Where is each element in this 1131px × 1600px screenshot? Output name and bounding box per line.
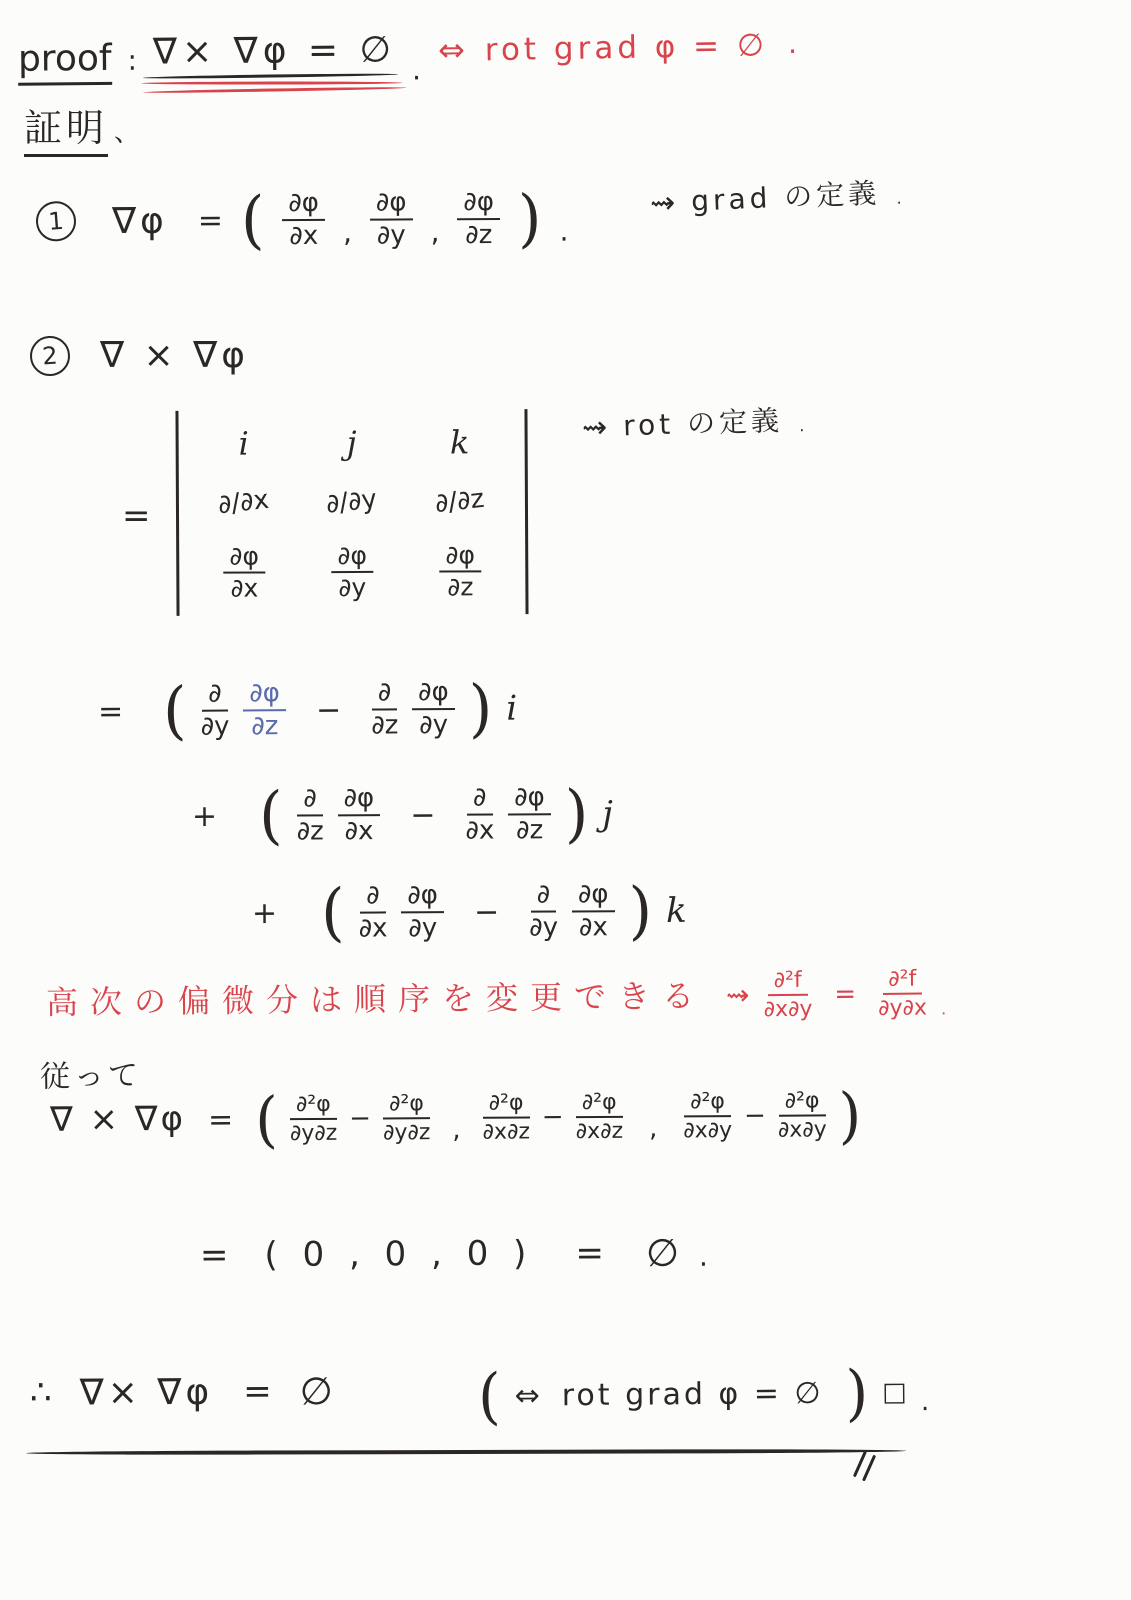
period: . bbox=[921, 1388, 930, 1417]
expansion-line-i: = ( ∂∂y ∂φ∂z − ∂∂z ∂φ∂y ) i bbox=[98, 679, 518, 743]
partial-y-operator: ∂/∂y bbox=[325, 485, 379, 519]
fraction-numerator: ∂φ bbox=[439, 542, 481, 572]
minus-sign: − bbox=[349, 1104, 371, 1133]
fraction-numerator: ∂²φ bbox=[576, 1091, 623, 1118]
fraction-numerator: ∂φ bbox=[401, 882, 444, 914]
step1-close-paren: ) bbox=[518, 191, 542, 248]
equivalence-arrow: ⇔ bbox=[438, 33, 465, 69]
fraction-dphi-dx: ∂φ∂x bbox=[337, 785, 380, 846]
fraction-numerator: ∂φ bbox=[223, 543, 265, 573]
fraction-numerator: ∂φ bbox=[457, 189, 500, 221]
final-lhs: ∇ × ∇φ bbox=[50, 1101, 186, 1139]
close-paren: ) bbox=[565, 786, 589, 843]
open-paren: ( bbox=[478, 1368, 501, 1423]
zero-symbol: ∅ bbox=[300, 1371, 333, 1413]
rot-definition-text: rot の定義 bbox=[623, 406, 784, 442]
conclusion-lhs: ∇× ∇φ bbox=[80, 1373, 214, 1413]
fraction-d2f-dydx: ∂²f∂y∂x bbox=[878, 967, 927, 1020]
fraction-denominator: ∂z bbox=[371, 711, 398, 740]
open-paren: ( bbox=[259, 788, 283, 845]
zero-symbol: ∅ bbox=[646, 1233, 679, 1275]
fraction-denominator: ∂x bbox=[465, 816, 494, 845]
unit-vector-i: i bbox=[506, 689, 517, 729]
fraction-d2phi-dxdy: ∂²φ∂x∂y bbox=[778, 1089, 827, 1142]
step1-number: 1 bbox=[47, 207, 64, 236]
close-paren: ) bbox=[628, 883, 652, 940]
expansion-line-k: + ( ∂∂x ∂φ∂y − ∂∂y ∂φ∂x ) k bbox=[252, 881, 687, 944]
fraction-denominator: ∂z bbox=[447, 572, 473, 600]
step2-number: 2 bbox=[41, 342, 58, 371]
fraction-numerator: ∂²φ bbox=[684, 1090, 731, 1117]
comma: , bbox=[343, 218, 352, 249]
fraction-d-dx: ∂∂x bbox=[465, 785, 494, 846]
proof-colon: : bbox=[127, 46, 137, 77]
fraction-numerator: ∂ bbox=[202, 681, 228, 712]
rot-definition-note: ⇝ rot の定義 . bbox=[581, 404, 804, 445]
step2-expression: ∇ × ∇φ bbox=[100, 336, 249, 376]
fraction-denominator: ∂x bbox=[230, 573, 258, 601]
step2-number-circle: 2 bbox=[29, 335, 72, 378]
equals-sign: = bbox=[200, 1237, 229, 1275]
unit-vector-k: k bbox=[450, 423, 470, 461]
fraction-numerator: ∂φ bbox=[370, 189, 413, 221]
fraction-numerator: ∂φ bbox=[412, 679, 455, 711]
fraction-dphi-dz-blue: ∂φ∂z bbox=[243, 680, 286, 741]
note-period: . bbox=[799, 418, 805, 436]
partial-x-operator: ∂/∂x bbox=[217, 486, 271, 520]
grad-definition-text: grad の定義 bbox=[691, 179, 881, 218]
expansion-equals: = bbox=[98, 695, 123, 728]
fraction-denominator: ∂z bbox=[516, 816, 543, 845]
fraction-denominator: ∂x∂y bbox=[683, 1117, 732, 1142]
fraction-dphi-dx: ∂φ∂x bbox=[223, 543, 265, 602]
fraction-d2phi-dydz: ∂²φ∂y∂z bbox=[383, 1092, 431, 1145]
fraction-denominator: ∂y∂x bbox=[878, 995, 927, 1021]
minus-sign: − bbox=[744, 1102, 766, 1131]
partial-z-operator: ∂/∂z bbox=[434, 485, 486, 519]
step1-equals: = bbox=[198, 204, 223, 237]
fraction-denominator: ∂x bbox=[579, 913, 608, 942]
fraction-numerator: ∂²f bbox=[882, 968, 922, 996]
plus-sign: + bbox=[192, 800, 217, 833]
fraction-numerator: ∂φ bbox=[243, 680, 286, 712]
fraction-numerator: ∂φ bbox=[337, 785, 380, 817]
minus-sign: − bbox=[316, 694, 341, 727]
step1-period: . bbox=[559, 216, 568, 247]
fraction-dphi-dx: ∂φ∂x bbox=[282, 190, 325, 251]
final-equation-line: ∇ × ∇φ = ( ∂²φ∂y∂z − ∂²φ∂y∂z , ∂²φ∂x∂z −… bbox=[50, 1089, 862, 1147]
main-statement: ∇× ∇φ = ∅ bbox=[153, 30, 396, 72]
open-paren: ( bbox=[255, 1092, 278, 1147]
step1-open-paren: ( bbox=[241, 192, 265, 249]
unit-vector-j: j bbox=[602, 794, 613, 834]
determinant-equals: = bbox=[122, 498, 151, 535]
fraction-d2phi-dxdz: ∂²φ∂x∂z bbox=[575, 1091, 623, 1144]
fraction-numerator: ∂ bbox=[297, 785, 323, 816]
proof-heading-text: 証明 bbox=[24, 108, 108, 157]
mixed-partials-text-jp: 高次の偏微分は順序を変更できる bbox=[46, 978, 706, 1020]
squiggle-arrow-icon: ⇝ bbox=[649, 186, 676, 220]
comma: , bbox=[452, 1116, 460, 1145]
fraction-numerator: ∂²f bbox=[768, 969, 808, 997]
proof-label: proof bbox=[18, 38, 112, 85]
fraction-numerator: ∂φ bbox=[508, 784, 551, 816]
statement-underline bbox=[143, 72, 398, 79]
fraction-numerator: ∂ bbox=[531, 882, 557, 913]
conclusion-underline bbox=[26, 1449, 906, 1455]
fraction-numerator: ∂φ bbox=[282, 190, 325, 222]
fraction-denominator: ∂y bbox=[419, 710, 448, 739]
zero-vector-line: = ( 0 , 0 , 0 ) = ∅ . bbox=[200, 1233, 708, 1277]
fraction-denominator: ∂x∂y bbox=[763, 996, 812, 1022]
statement-period: . bbox=[412, 55, 421, 86]
fraction-d2phi-dxdz: ∂²φ∂x∂z bbox=[482, 1091, 530, 1144]
fraction-dphi-dz: ∂φ∂z bbox=[508, 784, 551, 845]
fraction-denominator: ∂z bbox=[465, 220, 492, 249]
fraction-denominator: ∂z bbox=[251, 712, 278, 741]
fraction-denominator: ∂x∂z bbox=[576, 1118, 624, 1143]
minus-sign: − bbox=[474, 896, 499, 929]
comma: , bbox=[649, 1114, 657, 1143]
fraction-denominator: ∂x bbox=[345, 816, 374, 845]
proof-heading-comma: 、 bbox=[114, 119, 140, 148]
red-equivalence-line: ⇔ rot grad φ = ∅ . bbox=[438, 27, 797, 68]
fraction-d-dy: ∂∂y bbox=[200, 681, 229, 742]
minus-sign: − bbox=[542, 1103, 564, 1132]
fraction-denominator: ∂y bbox=[201, 712, 230, 741]
fraction-numerator: ∂²φ bbox=[383, 1092, 430, 1119]
step2-line: 2 ∇ × ∇φ bbox=[30, 336, 249, 376]
close-paren: ) bbox=[838, 1088, 861, 1143]
therefore-label-jp: 従って bbox=[40, 1059, 143, 1094]
fraction-dphi-dy: ∂φ∂y bbox=[401, 882, 444, 943]
close-paren: ) bbox=[845, 1365, 868, 1420]
grad-definition-note: ⇝ grad の定義 . bbox=[649, 177, 902, 221]
fraction-d-dx: ∂∂x bbox=[358, 882, 387, 943]
fraction-numerator: ∂²φ bbox=[483, 1091, 530, 1118]
fraction-denominator: ∂x∂y bbox=[778, 1117, 827, 1142]
fraction-denominator: ∂y∂z bbox=[290, 1120, 338, 1145]
note-period: . bbox=[941, 1000, 946, 1018]
main-statement-wrap: ∇× ∇φ = ∅ bbox=[153, 30, 396, 90]
rot-determinant: i j k ∂/∂x ∂/∂y ∂/∂z ∂φ∂x ∂φ∂y ∂φ∂z bbox=[175, 409, 528, 616]
fraction-d2phi-dydz: ∂²φ∂y∂z bbox=[290, 1093, 338, 1146]
period: . bbox=[699, 1242, 708, 1273]
fraction-dphi-dy: ∂φ∂y bbox=[370, 189, 413, 250]
unit-vector-k: k bbox=[666, 891, 687, 931]
fraction-denominator: ∂x bbox=[289, 221, 318, 250]
mixed-partials-note: 高次の偏微分は順序を変更できる ⇝ ∂²f∂x∂y = ∂²f∂y∂x . bbox=[46, 967, 946, 1029]
fraction-d2f-dxdy: ∂²f∂x∂y bbox=[763, 969, 812, 1022]
statement-red-underline-bottom bbox=[143, 86, 406, 94]
conclusion-red-equivalent: rot grad φ = ∅ bbox=[562, 1377, 824, 1412]
fraction-numerator: ∂ bbox=[372, 679, 398, 710]
notebook-page: proof : ∇× ∇φ = ∅ . ⇔ rot grad φ = ∅ . 証… bbox=[0, 0, 1131, 1600]
minus-sign: − bbox=[410, 799, 435, 832]
flourish-stroke bbox=[862, 1455, 876, 1482]
fraction-dphi-dz: ∂φ∂z bbox=[439, 542, 481, 601]
unit-vector-j: j bbox=[347, 424, 357, 462]
fraction-dphi-dy: ∂φ∂y bbox=[331, 542, 373, 601]
close-paren: ) bbox=[469, 681, 493, 738]
red-statement: rot grad φ = ∅ bbox=[485, 28, 769, 67]
note-period: . bbox=[896, 190, 902, 208]
fraction-denominator: ∂y∂z bbox=[383, 1119, 431, 1144]
squiggle-arrow-icon: ⇝ bbox=[726, 980, 750, 1011]
step1-lhs: ∇φ bbox=[112, 201, 168, 241]
fraction-denominator: ∂z bbox=[297, 817, 324, 846]
step1-line: 1 ∇φ = ( ∂φ∂x , ∂φ∂y , ∂φ∂z ) . bbox=[36, 189, 569, 252]
open-paren: ( bbox=[321, 885, 345, 942]
step1-number-circle: 1 bbox=[35, 200, 78, 243]
fraction-denominator: ∂x∂z bbox=[483, 1119, 531, 1144]
fraction-numerator: ∂φ bbox=[572, 881, 615, 913]
squiggle-arrow-icon: ⇝ bbox=[581, 411, 607, 445]
fraction-numerator: ∂²φ bbox=[779, 1089, 826, 1116]
equivalence-arrow: ⇔ bbox=[515, 1379, 540, 1412]
statement-red-underline-top bbox=[141, 81, 402, 84]
conclusion-line: ∴ ∇× ∇φ = ∅ bbox=[30, 1371, 333, 1414]
fraction-d-dy: ∂∂y bbox=[529, 882, 558, 943]
fraction-denominator: ∂y bbox=[338, 573, 366, 601]
fraction-denominator: ∂y bbox=[529, 913, 558, 942]
open-paren: ( bbox=[163, 683, 187, 740]
fraction-numerator: ∂φ bbox=[331, 542, 373, 572]
fraction-d-dz: ∂∂z bbox=[371, 679, 399, 740]
zero-vector: ( 0 , 0 , 0 ) bbox=[264, 1236, 533, 1275]
plus-sign: + bbox=[252, 897, 277, 930]
fraction-d-dz: ∂∂z bbox=[296, 785, 323, 846]
proof-heading-jp: 証明、 bbox=[24, 108, 140, 157]
equals-sign: = bbox=[208, 1103, 233, 1136]
fraction-dphi-dx: ∂φ∂x bbox=[572, 881, 615, 942]
flourish-mark bbox=[853, 1451, 876, 1482]
therefore-symbol: ∴ bbox=[30, 1375, 52, 1413]
fraction-numerator: ∂²φ bbox=[290, 1093, 337, 1120]
unit-vector-i: i bbox=[238, 425, 248, 463]
fraction-denominator: ∂x bbox=[359, 914, 388, 943]
qed-box: □ bbox=[882, 1378, 907, 1407]
fraction-dphi-dz: ∂φ∂z bbox=[457, 189, 500, 250]
fraction-numerator: ∂ bbox=[360, 882, 386, 913]
fraction-numerator: ∂ bbox=[467, 785, 493, 816]
comma: , bbox=[431, 217, 440, 248]
fraction-denominator: ∂y bbox=[408, 913, 437, 942]
header-line: proof : ∇× ∇φ = ∅ . bbox=[18, 30, 421, 91]
equals-sign: = bbox=[243, 1374, 272, 1412]
fraction-dphi-dy: ∂φ∂y bbox=[412, 679, 455, 740]
red-statement-period: . bbox=[788, 29, 797, 60]
equals-sign: = bbox=[834, 980, 856, 1009]
fraction-denominator: ∂y bbox=[377, 221, 406, 250]
equals-sign: = bbox=[575, 1235, 604, 1273]
expansion-line-j: + ( ∂∂z ∂φ∂x − ∂∂x ∂φ∂z ) j bbox=[192, 784, 613, 847]
conclusion-equivalence-group: ( ⇔ rot grad φ = ∅ ) □ . bbox=[478, 1366, 930, 1422]
fraction-d2phi-dxdy: ∂²φ∂x∂y bbox=[683, 1090, 732, 1143]
